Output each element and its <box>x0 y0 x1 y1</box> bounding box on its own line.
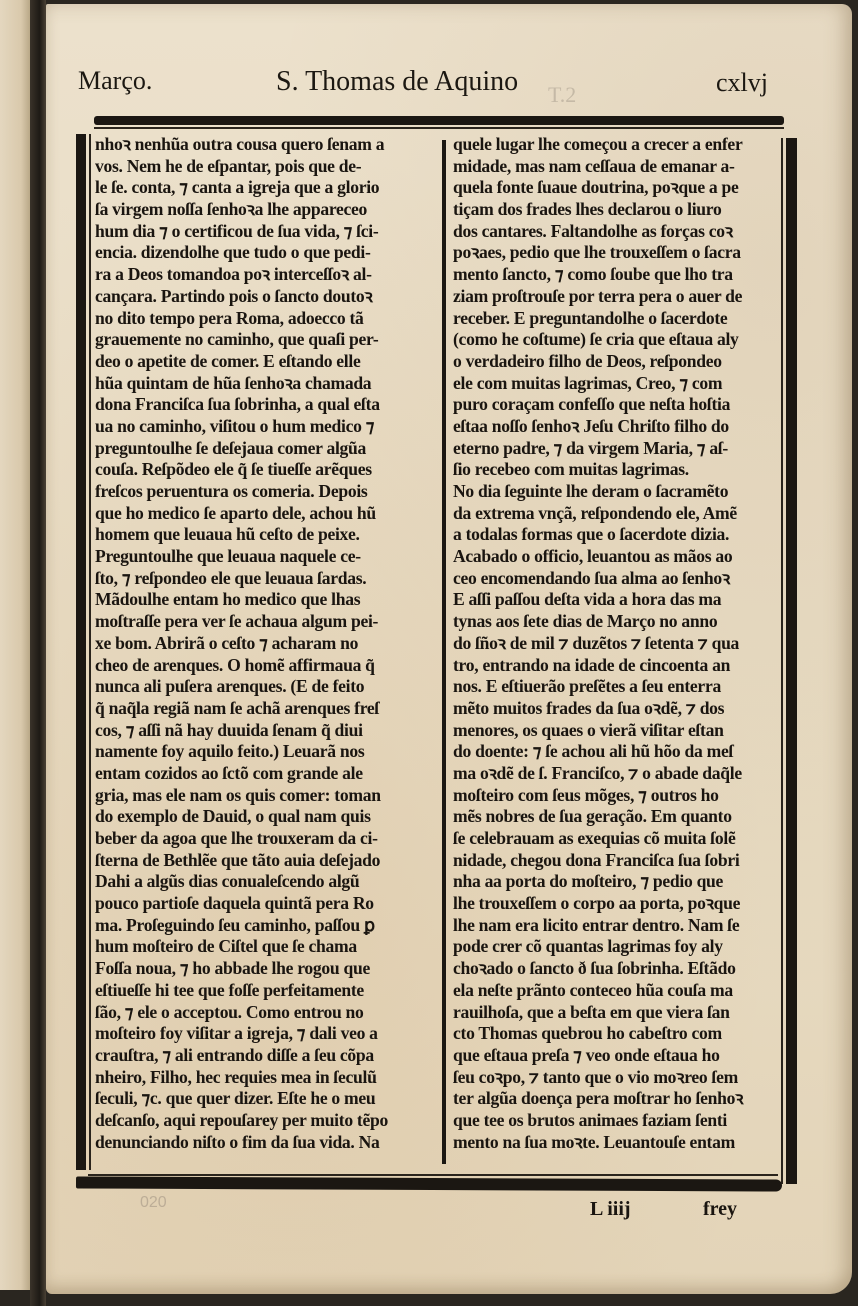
text-line: Preguntoulhe que leuaua naquele ce- <box>95 546 433 568</box>
text-line: eſtaa noſſo ſenhoꝛ Jeſu Chriſto filho do <box>453 416 779 438</box>
text-line: moſtraſſe pera ver ſe achaua algum pei- <box>95 611 433 633</box>
signature-mark: L iiij <box>590 1198 631 1221</box>
text-line: lhe nam era licito entrar dentro. Nam ſe <box>453 915 779 937</box>
text-line: hum moſteiro de Ciſtel que ſe chama <box>95 936 433 958</box>
text-line: quela fonte ſuaue doutrina, poꝛque a pe <box>453 177 779 199</box>
text-line: le ſe. conta, ⁊ canta a igreja que a glo… <box>95 177 433 199</box>
text-line: a todalas formas que o ſacerdote dizia. <box>453 524 779 546</box>
text-line: rauilhoſa, que a beſta em que viera ſan <box>453 1002 779 1024</box>
text-line: gria, mas ele nam os quis comer: toman <box>95 785 433 807</box>
text-line: midade, mas nam ceſſaua de emanar a- <box>453 156 779 178</box>
text-line: ſterna de Bethlẽe que tãto auia deſejado <box>95 850 433 872</box>
text-line: deſcanſo, aqui repouſarey per muito tẽpo <box>95 1110 433 1132</box>
text-line: no dito tempo pera Roma, adoecco tã <box>95 308 433 330</box>
running-head-month: Março. <box>78 66 152 96</box>
text-line: lhe trouxeſſem o corpo aa porta, poꝛque <box>453 893 779 915</box>
text-line: ſa virgem noſſa ſenhoꝛa lhe appareceo <box>95 199 433 221</box>
text-line: nha aa porta do moſteiro, ⁊ pedio que <box>453 871 779 893</box>
right-border-rule <box>786 138 797 1184</box>
text-line: pouco partioſe daquela quintã pera Ro <box>95 893 433 915</box>
right-border-thin-rule <box>781 138 783 1184</box>
text-column-left: nhoꝛ nenhũa outra cousa quero ſenam avos… <box>95 134 433 1153</box>
text-line: quele lugar lhe começou a crecer a enfer <box>453 134 779 156</box>
text-line: namente foy aquilo feito.) Leuarã nos <box>95 741 433 763</box>
text-line: pode crer cõ quantas lagrimas foy aly <box>453 936 779 958</box>
text-line: receber. E preguntandolhe o ſacerdote <box>453 308 779 330</box>
text-line: do ſñoꝛ de mil ⁊ duzẽtos ⁊ ſetenta ⁊ qua <box>453 633 779 655</box>
text-line: dona Franciſca ſua ſobrinha, a qual eſta <box>95 394 433 416</box>
text-line: cto Thomas quebrou ho cabeſtro com <box>453 1023 779 1045</box>
text-line: ma oꝛdẽ de ſ. Franciſco, ⁊ o abade daq̃l… <box>453 763 779 785</box>
adjacent-page-edge <box>0 0 30 1290</box>
text-line: preguntoulhe ſe deſejaua comer algũa <box>95 438 433 460</box>
text-line: ua no caminho, viſitou o hum medico ⁊ <box>95 416 433 438</box>
text-line: mento ſancto, ⁊ como ſoube que lho tra <box>453 264 779 286</box>
column-divider <box>442 140 446 1164</box>
book-gutter <box>30 0 46 1306</box>
text-line: E aſſi paſſou deſta vida a hora das ma <box>453 589 779 611</box>
text-line: ele com muitas lagrimas, Creo, ⁊ com <box>453 373 779 395</box>
text-line: nhoꝛ nenhũa outra cousa quero ſenam a <box>95 134 433 156</box>
text-line: ſto, ⁊ reſpondeo ele que leuaua ſardas. <box>95 568 433 590</box>
text-line: No dia ſeguinte lhe deram o ſacramẽto <box>453 481 779 503</box>
text-column-right: quele lugar lhe começou a crecer a enfer… <box>453 134 779 1153</box>
text-line: tynas aos ſete dias de Março no anno <box>453 611 779 633</box>
text-line: eterno padre, ⁊ da virgem Maria, ⁊ aſ- <box>453 438 779 460</box>
text-line: entam cozidos ao ſctõ com grande ale <box>95 763 433 785</box>
text-line: ſeculi, ⁊c. que quer dizer. Eſte he o me… <box>95 1088 433 1110</box>
text-line: hũa quintam de hũa ſenhoꝛa chamada <box>95 373 433 395</box>
text-line: cançara. Partindo pois o ſancto doutoꝛ <box>95 286 433 308</box>
text-line: moſteiro foy viſitar a igreja, ⁊ dali ve… <box>95 1023 433 1045</box>
text-line: beber da agoa que lhe trouxeram da ci- <box>95 828 433 850</box>
text-line: freſcos peruentura os comeria. Depois <box>95 481 433 503</box>
text-line: ſio recebeo com muitas lagrimas. <box>453 459 779 481</box>
text-line: dos cantares. Faltandolhe as forças coꝛ <box>453 221 779 243</box>
text-line: choꝛado o ſancto ð ſua ſobrinha. Eſtãdo <box>453 958 779 980</box>
text-line: Dahi a algũs dias conualeſcendo algũ <box>95 871 433 893</box>
text-line: encia. dizendolhe que tudo o que pedi- <box>95 242 433 264</box>
text-line: puro coraçam confeſſo que neſta hoſtia <box>453 394 779 416</box>
text-line: mento na ſua moꝛte. Leuantouſe entam <box>453 1132 779 1154</box>
text-line: que eſtaua preſa ⁊ veo onde eſtaua ho <box>453 1045 779 1067</box>
text-line: Foſſa noua, ⁊ ho abbade lhe rogou que <box>95 958 433 980</box>
text-line: Acabado o officio, leuantou as mãos ao <box>453 546 779 568</box>
text-line: q̃ naq̃la regiã nam ſe achã arenques fre… <box>95 698 433 720</box>
text-line: Mãdoulhe entam ho medico que lhas <box>95 589 433 611</box>
running-head: Março. S. Thomas de Aquino cxlvj <box>78 66 798 106</box>
text-line: ra a Deos tomandoa poꝛ interceſſoꝛ al- <box>95 264 433 286</box>
text-line: nos. E eſtiuerão preſẽtes a ſeu enterra <box>453 676 779 698</box>
text-line: cheo de arenques. O homẽ affirmaua q̃ <box>95 655 433 677</box>
text-line: vos. Nem he de eſpantar, pois que de- <box>95 156 433 178</box>
text-line: ela neſte prãnto conteceo hũa couſa ma <box>453 980 779 1002</box>
text-line: ter algũa doença pera moſtrar ho ſenhoꝛ <box>453 1088 779 1110</box>
catchword: frey <box>703 1198 737 1221</box>
left-border-thin-rule <box>89 134 91 1170</box>
library-stamp: 020 <box>140 1194 167 1212</box>
text-line: que ho medico ſe aparto dele, achou hũ <box>95 503 433 525</box>
text-line: mẽto muitos frades da ſua oꝛdẽ, ⁊ dos <box>453 698 779 720</box>
text-line: do doente: ⁊ ſe achou ali hũ hõo da meſ <box>453 741 779 763</box>
text-line: moſteiro com ſeus mõges, ⁊ outros ho <box>453 785 779 807</box>
text-line: denunciando niſto o fim da ſua vida. Na <box>95 1132 433 1154</box>
text-line: nidade, chegou dona Franciſca ſua ſobri <box>453 850 779 872</box>
text-line: nunca ali puſera arenques. (E de feito <box>95 676 433 698</box>
running-head-title: S. Thomas de Aquino <box>276 66 518 98</box>
text-line: tiçam dos frades lhes declarou o liuro <box>453 199 779 221</box>
text-line: da extrema vnçã, reſpondendo ele, Amẽ <box>453 503 779 525</box>
text-line: poꝛaes, pedio que lhe trouxeſſem o ſacra <box>453 242 779 264</box>
text-line: menores, os quaes o vierã viſitar eſtan <box>453 720 779 742</box>
text-line: (como he coſtume) ſe cria que eſtaua aly <box>453 329 779 351</box>
text-line: couſa. Reſpõdeo ele q̃ ſe tiueſſe arẽque… <box>95 459 433 481</box>
top-border-rule <box>94 116 784 125</box>
text-line: homem que leuaua hũ ceſto de peixe. <box>95 524 433 546</box>
text-line: grauemente no caminho, que quaſi per- <box>95 329 433 351</box>
text-line: ceo encomendando ſua alma ao ſenhoꝛ <box>453 568 779 590</box>
text-line: eſtiueſſe hi tee que foſſe perfeitamente <box>95 980 433 1002</box>
top-border-thin-rule <box>94 127 784 129</box>
bottom-border-thin-rule <box>88 1174 778 1176</box>
text-line: ziam proſtrouſe por terra pera o auer de <box>453 286 779 308</box>
text-line: deo o apetite de comer. E eſtando elle <box>95 351 433 373</box>
text-line: tro, entrando na idade de cincoenta an <box>453 655 779 677</box>
text-line: ſeu coꝛpo, ⁊ tanto que o vio moꝛreo ſem <box>453 1067 779 1089</box>
text-line: cos, ⁊ aſſi nã hay duuida ſenam q̃ diui <box>95 720 433 742</box>
text-line: ſão, ⁊ ele o acceptou. Como entrou no <box>95 1002 433 1024</box>
text-line: ſe celebrauam as exequias cõ muita ſolẽ <box>453 828 779 850</box>
left-border-rule <box>76 134 86 1170</box>
text-line: o verdadeiro filho de Deos, reſpondeo <box>453 351 779 373</box>
text-line: crauſtra, ⁊ ali entrando diſſe a ſeu cõp… <box>95 1045 433 1067</box>
text-line: hum dia ⁊ o certificou de ſua vida, ⁊ ſc… <box>95 221 433 243</box>
text-line: mẽs nobres de ſua geração. Em quanto <box>453 806 779 828</box>
text-line: ma. Proſeguindo ſeu caminho, paſſou ꝑ <box>95 915 433 937</box>
text-line: do exemplo de Dauid, o qual nam quis <box>95 806 433 828</box>
text-line: nheiro, Filho, hec requies mea in ſeculũ <box>95 1067 433 1089</box>
bleed-through-text: T.2 <box>548 82 576 108</box>
folio-number: cxlvj <box>716 68 768 98</box>
text-line: xe bom. Abrirã o ceſto ⁊ acharam no <box>95 633 433 655</box>
text-line: que tee os brutos animaes faziam ſenti <box>453 1110 779 1132</box>
